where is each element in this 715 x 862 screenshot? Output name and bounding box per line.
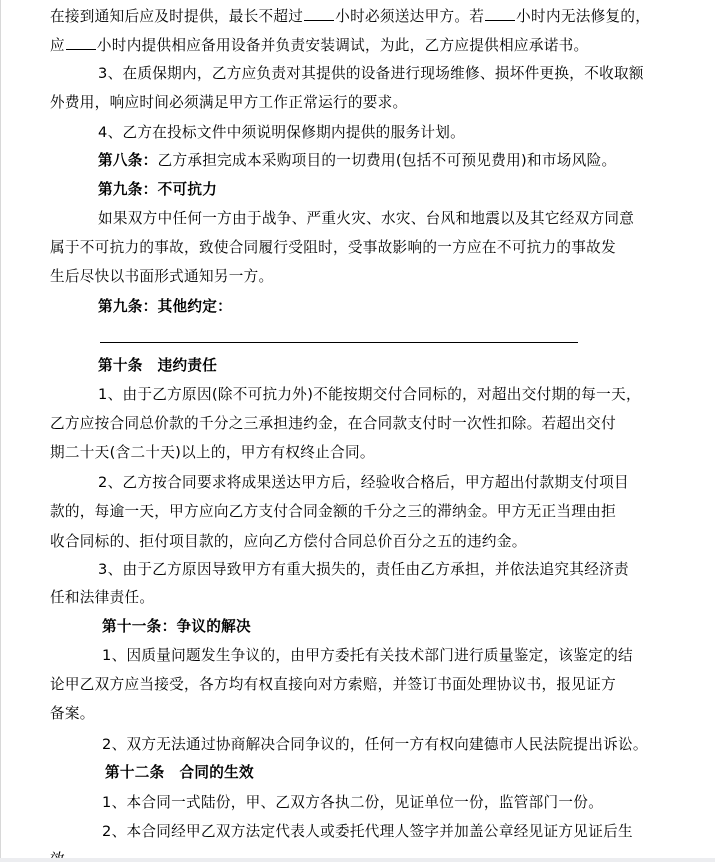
paragraph-line: 如果双方中任何一方由于战争、严重火灾、水灾、台风和地震以及其它经双方同意 [98, 209, 634, 229]
paragraph-line: 乙方应按合同总价款的千分之三承担违约金，在合同款支付时一次性扣除。若超出交付 [50, 414, 616, 434]
article-heading: 第九条：不可抗力 [98, 180, 217, 200]
paragraph-line: 外费用，响应时间必须满足甲方工作正常运行的要求。 [50, 93, 407, 113]
paragraph-line: 论甲乙双方应当接受，各方均有权直接向对方索赔，并签订书面处理协议书，报见证方 [50, 675, 616, 695]
paragraph-line: 1、因质量问题发生争议的，由甲方委托有关技术部门进行质量鉴定，该鉴定的结 [102, 646, 633, 666]
paragraph-line: 期二十天(含二十天)以上的，甲方有权终止合同。 [50, 443, 375, 463]
fill-in-blank [485, 6, 515, 21]
paragraph-line: 属于不可抗力的事故，致使合同履行受阻时，受事故影响的一方应在不可抗力的事故发 [50, 238, 616, 258]
paragraph-line: 应小时内提供相应备用设备并负责安装调试，为此，乙方应提供相应承诺书。 [50, 35, 588, 56]
paragraph-line: 2、双方无法通过协商解决合同争议的，任何一方有权向建德市人民法院提出诉讼。 [102, 735, 648, 755]
text-run: 应 [50, 37, 65, 54]
fill-in-blank [304, 6, 334, 21]
paragraph-line: 任和法律责任。 [50, 588, 154, 608]
signature-fill-line [100, 342, 578, 343]
paragraph-line: 2、乙方按合同要求将成果送达甲方后，经验收合格后，甲方超出付款期支付项目 [98, 473, 629, 493]
text-run: 小时必须送达甲方。若 [335, 8, 484, 25]
paragraph-line: 2、本合同经甲乙双方法定代表人或委托代理人签字并加盖公章经见证方见证后生 [102, 822, 633, 842]
text-run: 乙方承担完成本采购项目的一切费用(包括不可预见费用)和市场风险。 [158, 152, 617, 169]
paragraph-line: 1、由于乙方原因(除不可抗力外)不能按期交付合同标的，对超出交付期的每一天， [98, 385, 641, 405]
paragraph-line: 生后尽快以书面形式通知另一方。 [50, 267, 273, 287]
paragraph-line: 收合同标的、拒付项目款的，应向乙方偿付合同总价百分之五的违约金。 [50, 532, 527, 552]
paragraph-line: 3、在质保期内，乙方应负责对其提供的设备进行现场维修、损坏件更换，不收取额 [98, 64, 644, 84]
paragraph-line: 1、本合同一式陆份，甲、乙双方各执二份，见证单位一份，监管部门一份。 [102, 793, 603, 813]
article-heading: 第十二条 合同的生效 [105, 763, 254, 783]
text-run: 在接到通知后应及时提供，最长不超过 [50, 8, 303, 25]
article-heading: 第十条 违约责任 [98, 356, 217, 376]
page-bottom-edge [0, 858, 715, 862]
text-run: 小时内无法修复的， [516, 8, 650, 25]
article-heading: 第九条：其他约定： [98, 297, 232, 317]
document-page: 在接到通知后应及时提供，最长不超过小时必须送达甲方。若小时内无法修复的， 应小时… [0, 0, 715, 858]
paragraph-line: 3、由于乙方原因导致甲方有重大损失的，责任由乙方承担，并依法追究其经济责 [98, 560, 629, 580]
paragraph-line: 4、乙方在投标文件中须说明保修期内提供的服务计划。 [98, 123, 465, 143]
fill-in-blank [66, 35, 96, 50]
paragraph-line: 款的，每逾一天，甲方应向乙方支付合同金额的千分之三的滞纳金。甲方无正当理由拒 [50, 502, 616, 522]
article-heading: 第八条： [98, 152, 158, 169]
paragraph-line: 在接到通知后应及时提供，最长不超过小时必须送达甲方。若小时内无法修复的， [50, 6, 650, 27]
article-heading: 第十一条：争议的解决 [102, 617, 251, 637]
article-8: 第八条：乙方承担完成本采购项目的一切费用(包括不可预见费用)和市场风险。 [98, 151, 616, 171]
text-run: 小时内提供相应备用设备并负责安装调试，为此，乙方应提供相应承诺书。 [97, 37, 589, 54]
paragraph-line: 备案。 [50, 704, 95, 724]
